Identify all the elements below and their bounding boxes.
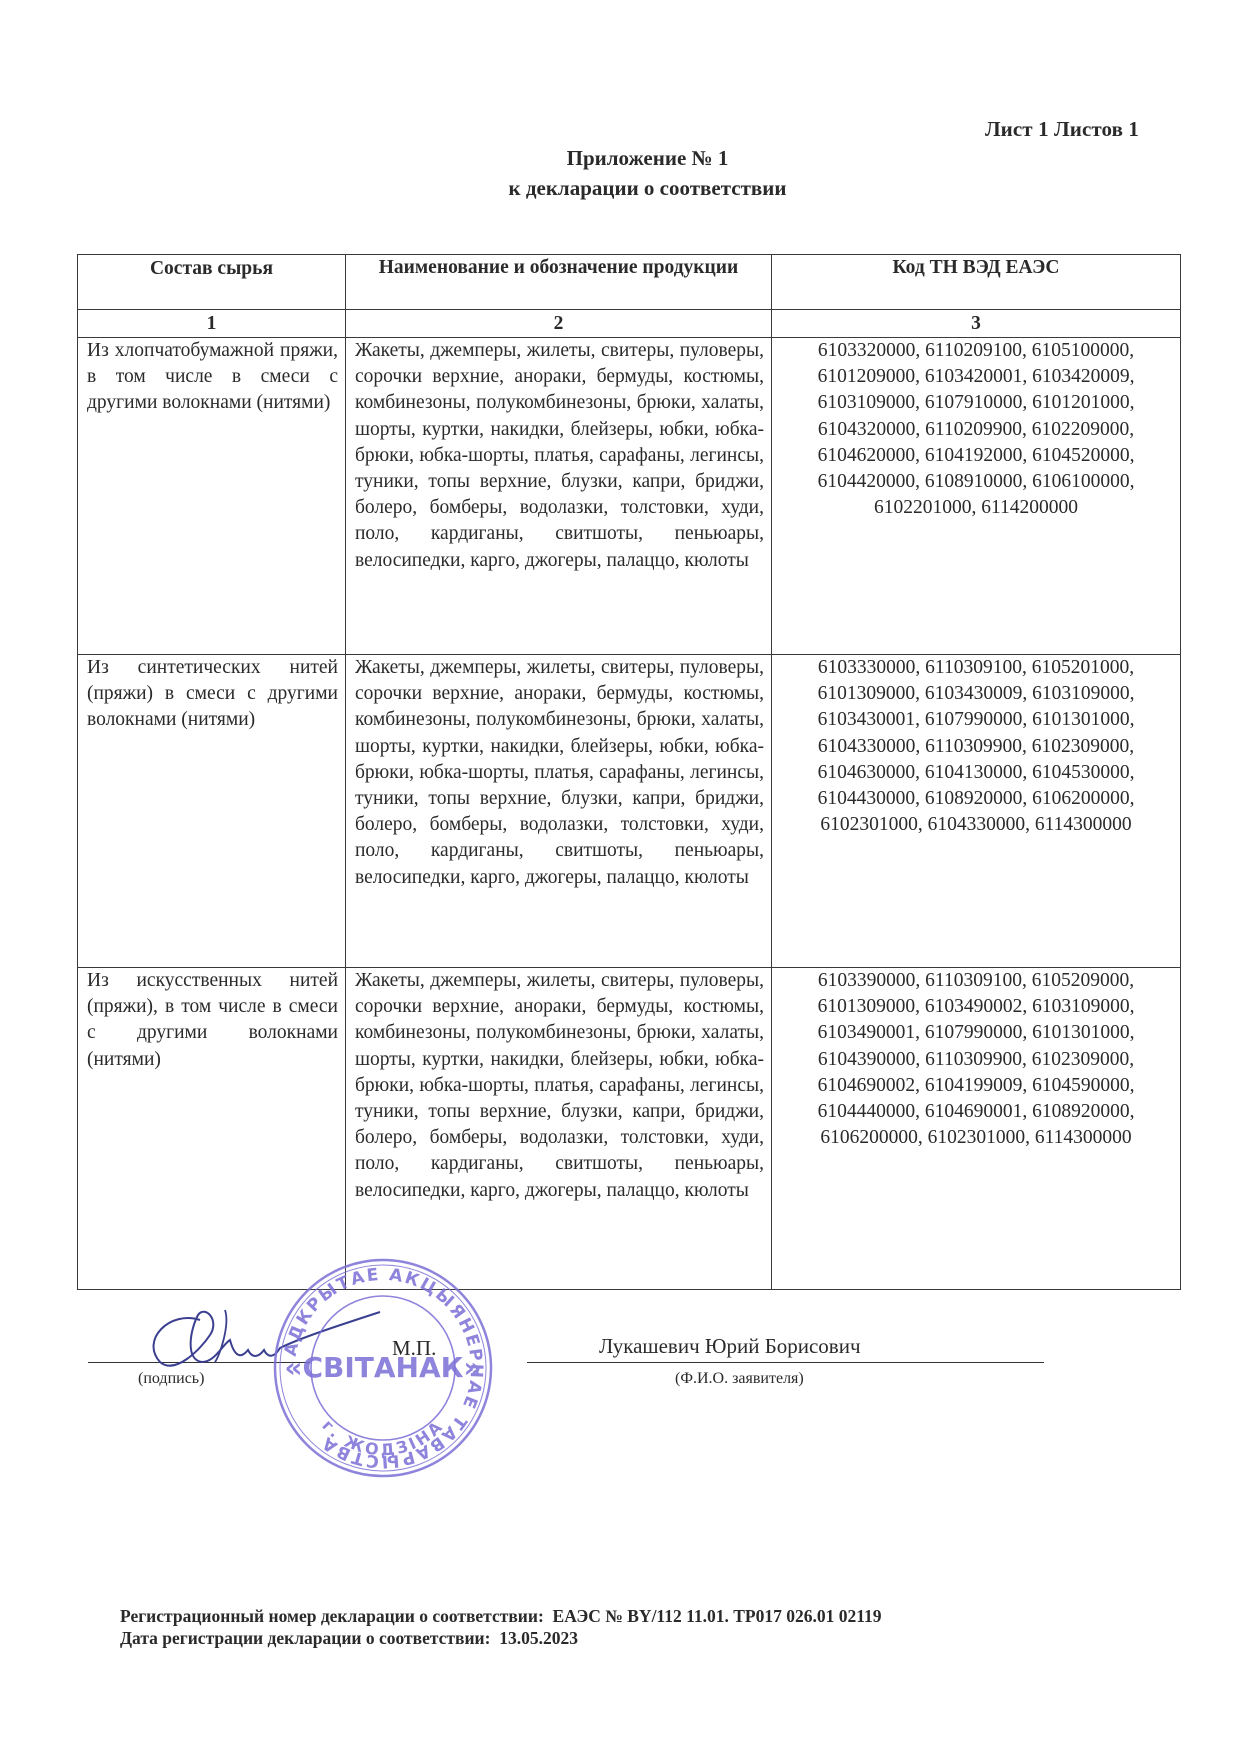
codes-cell: 6103320000, 6110209100, 6105100000, 6101…	[772, 338, 1181, 655]
signature-line	[88, 1362, 310, 1363]
table-header-row: Состав сырья Наименование и обозначение …	[78, 255, 1181, 310]
material-cell: Из искусственных нитей (пряжи), в том чи…	[78, 968, 346, 1290]
material-cell: Из синтетических нитей (пряжи) в смеси с…	[78, 655, 346, 968]
column-number-2: 2	[346, 310, 772, 338]
applicant-name: Лукашевич Юрий Борисович	[599, 1334, 861, 1359]
column-header-codes: Код ТН ВЭД ЕАЭС	[772, 255, 1181, 310]
svg-text:г. ЖОДЗІНА: г. ЖОДЗІНА	[318, 1416, 447, 1460]
svg-text:АДКРЫТАЕ АКЦЫЯНЕРНАЕ ТАВАРЫСТВ: АДКРЫТАЕ АКЦЫЯНЕРНАЕ ТАВАРЫСТВА	[281, 1265, 487, 1472]
applicant-name-line	[527, 1362, 1044, 1363]
column-number-3: 3	[772, 310, 1181, 338]
seal-place-label: М.П.	[392, 1336, 436, 1361]
appendix-title: Приложение № 1	[55, 146, 1240, 171]
codes-cell: 6103390000, 6110309100, 6105209000, 6101…	[772, 968, 1181, 1290]
products-cell: Жакеты, джемперы, жилеты, свитеры, пулов…	[346, 338, 772, 655]
material-cell: Из хлопчатобумажной пряжи, в том числе в…	[78, 338, 346, 655]
stamp-city-text: г. ЖОДЗІНА	[318, 1416, 447, 1460]
codes-cell: 6103330000, 6110309100, 6105201000, 6101…	[772, 655, 1181, 968]
registration-number-label: Регистрационный номер декларации о соотв…	[120, 1606, 544, 1626]
registration-date: Дата регистрации декларации о соответств…	[120, 1628, 578, 1649]
column-header-material: Состав сырья	[78, 255, 346, 310]
table-row: Из синтетических нитей (пряжи) в смеси с…	[78, 655, 1181, 968]
column-number-1: 1	[78, 310, 346, 338]
column-number-row: 1 2 3	[78, 310, 1181, 338]
registration-date-label: Дата регистрации декларации о соответств…	[120, 1628, 490, 1648]
table-row: Из хлопчатобумажной пряжи, в том числе в…	[78, 338, 1181, 655]
sheet-counter: Лист 1 Листов 1	[985, 117, 1139, 142]
stamp-center-text: «СВІТАНАК»	[284, 1351, 481, 1384]
products-table: Состав сырья Наименование и обозначение …	[77, 254, 1181, 1290]
registration-date-value: 13.05.2023	[499, 1628, 578, 1648]
products-cell: Жакеты, джемперы, жилеты, свитеры, пулов…	[346, 655, 772, 968]
registration-number: Регистрационный номер декларации о соотв…	[120, 1606, 882, 1627]
signature-caption: (подпись)	[138, 1370, 204, 1388]
column-header-products: Наименование и обозначение продукции	[346, 255, 772, 310]
handwritten-signature	[130, 1300, 390, 1380]
table-row: Из искусственных нитей (пряжи), в том чи…	[78, 968, 1181, 1290]
products-cell: Жакеты, джемперы, жилеты, свитеры, пулов…	[346, 968, 772, 1290]
registration-number-value: ЕАЭС № BY/112 11.01. ТР017 026.01 02119	[553, 1606, 882, 1626]
stamp-ring-text: АДКРЫТАЕ АКЦЫЯНЕРНАЕ ТАВАРЫСТВА	[281, 1265, 487, 1472]
applicant-caption: (Ф.И.О. заявителя)	[675, 1370, 804, 1388]
appendix-subtitle: к декларации о соответствии	[55, 176, 1240, 201]
